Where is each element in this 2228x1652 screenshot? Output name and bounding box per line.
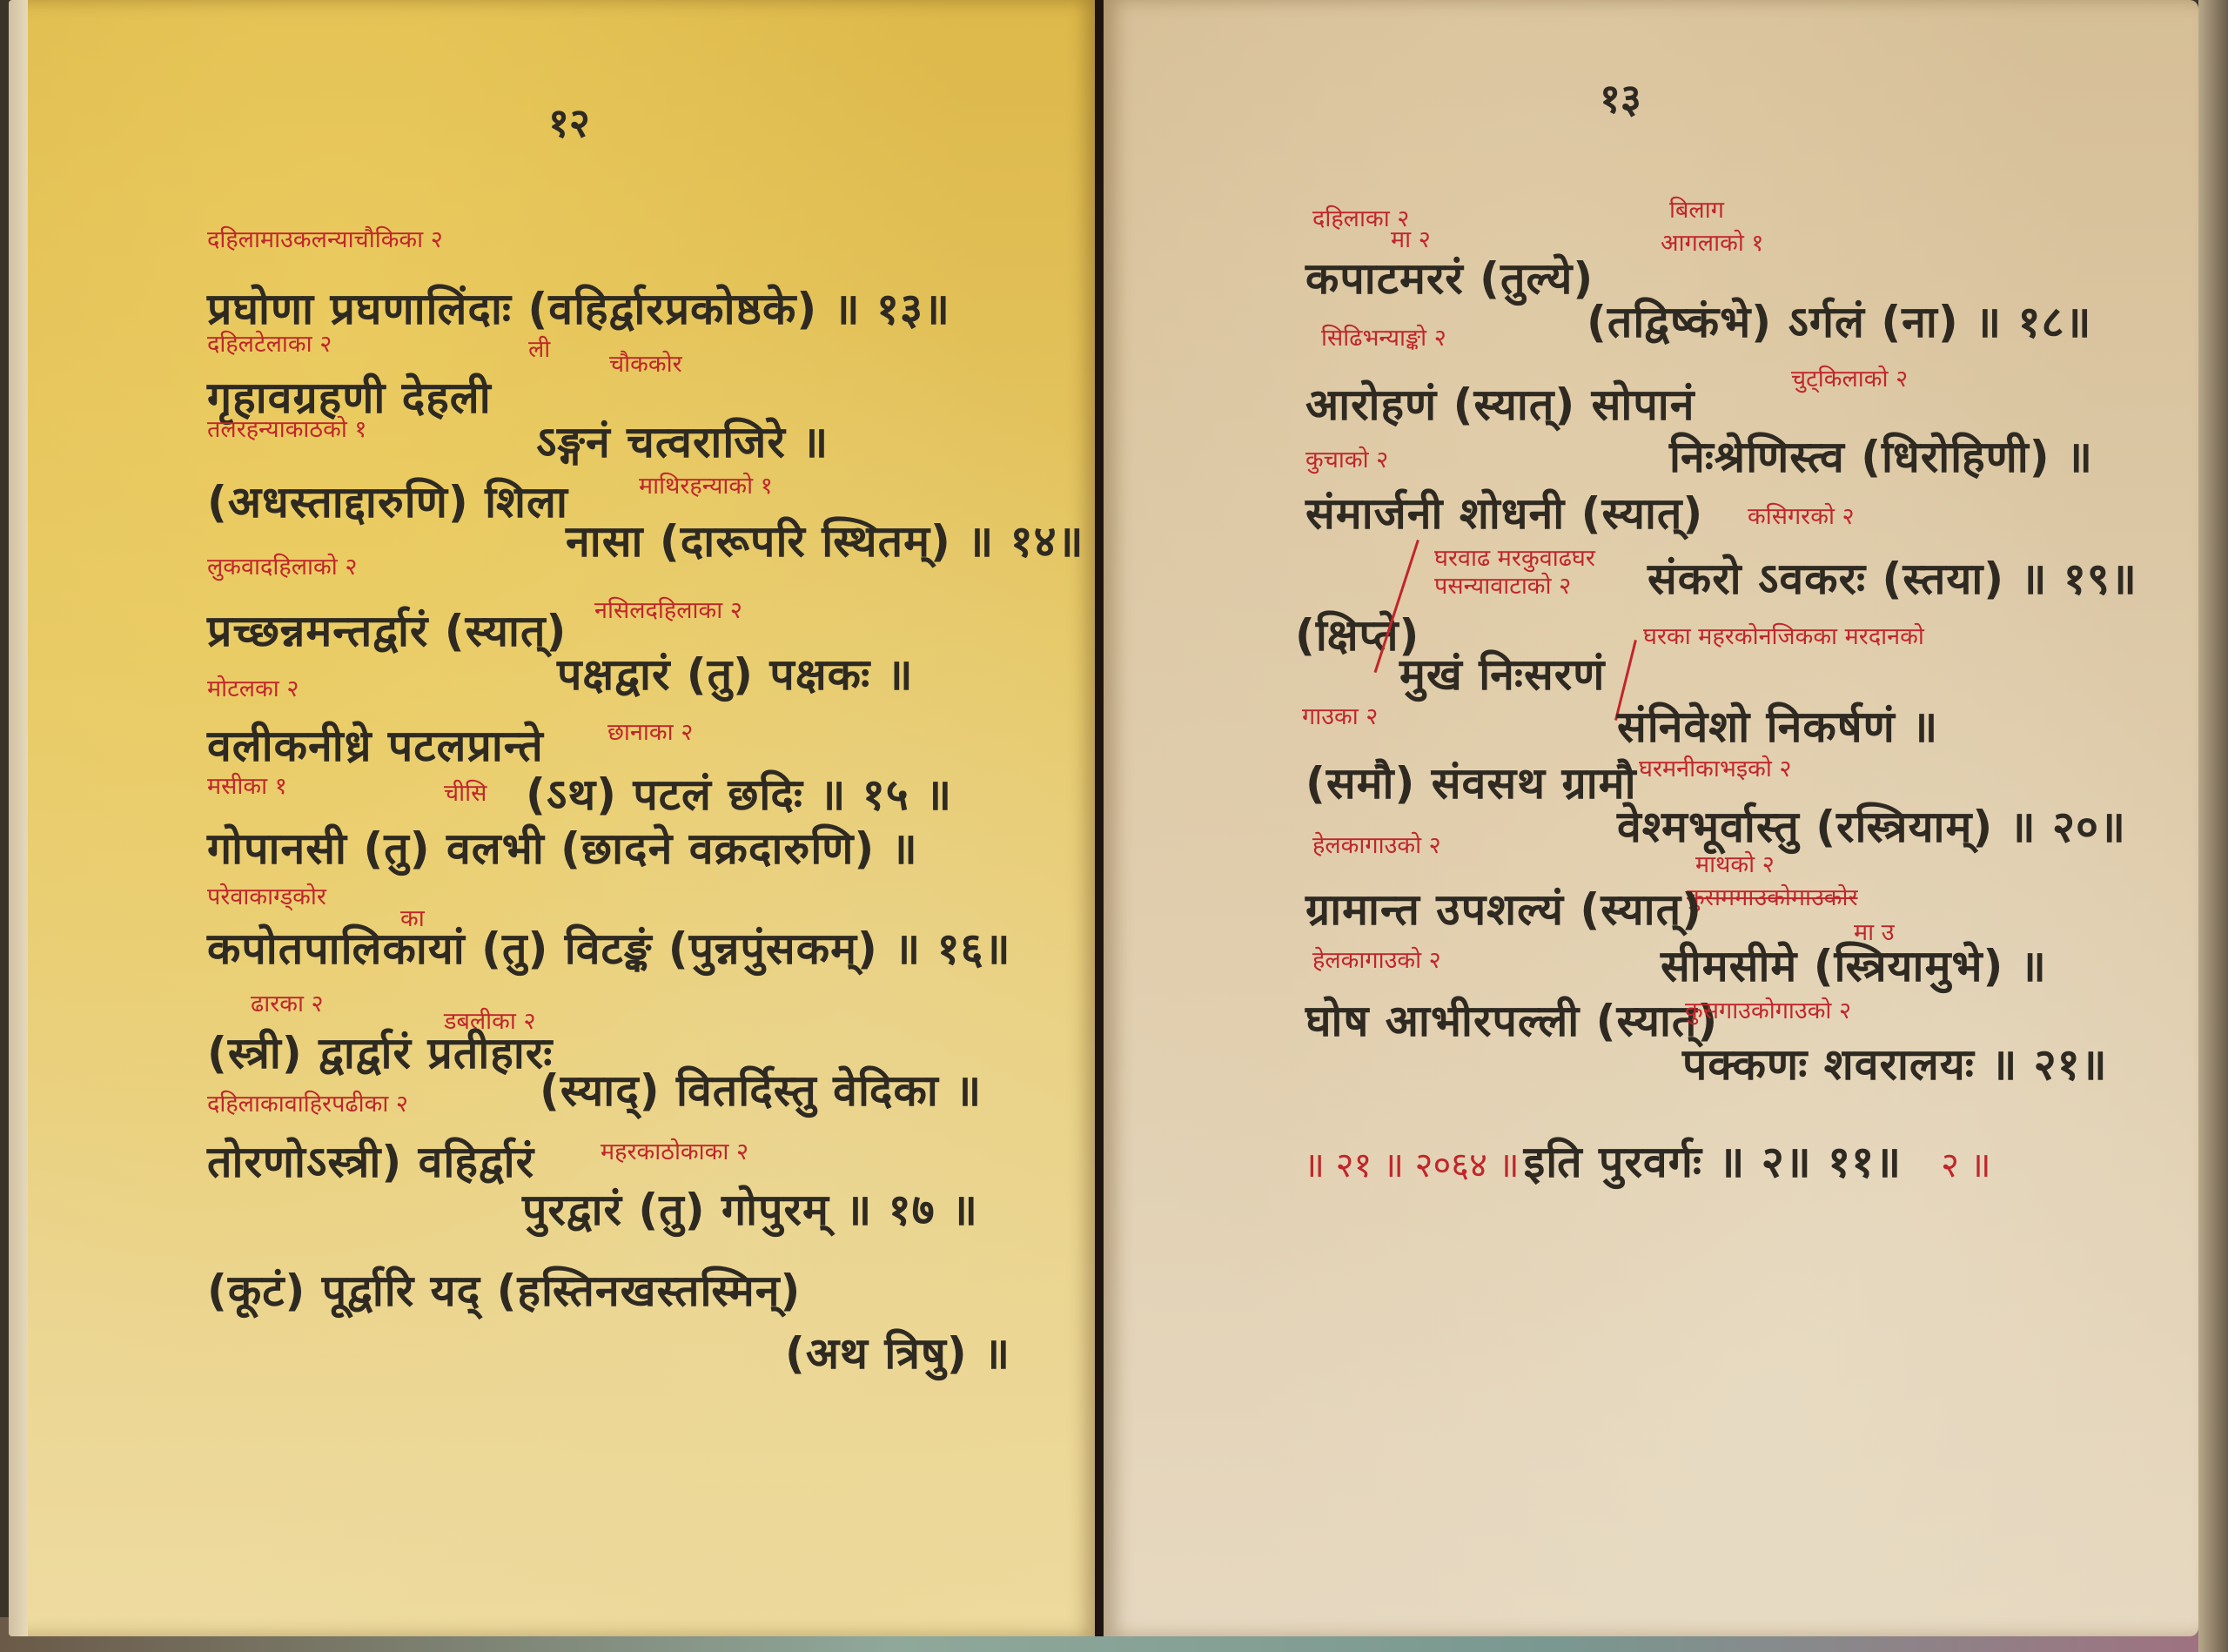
verse-line: (कूटं) पूर्द्वारि यद् (हस्तिनखस्तस्मिन्) xyxy=(207,1269,801,1313)
right-page: १३ दहिलाका २ मा २ बिलाग आगलाको १ कपाटमरर… xyxy=(1104,0,2198,1636)
gloss: माथिरहन्याको १ xyxy=(639,474,773,498)
gloss: हेलकागाउको २ xyxy=(1312,949,1441,972)
verse-line: सीमसीमे (स्त्रियामुभे) ॥ xyxy=(1661,944,2047,988)
verse-line: ग्रामान्त उपशल्यं (स्यात्) xyxy=(1305,888,1702,931)
gloss: मा २ xyxy=(1391,228,1431,252)
gloss: कुचाको २ xyxy=(1305,448,1388,472)
page-number: १२ xyxy=(548,103,590,143)
verse-line: (अथ त्रिषु) ॥ xyxy=(785,1332,1010,1375)
gloss: दहिलटेलाका २ xyxy=(207,332,332,356)
colophon-red-prefix: ॥ २१ ॥ २०६४ ॥ xyxy=(1304,1145,1520,1185)
verse-line: प्रच्छन्नमन्तर्द्वारं (स्यात्) xyxy=(207,609,567,653)
left-page-edge xyxy=(9,0,28,1636)
verse-line: पुरद्वारं (तु) गोपुरम् ॥ १७ ॥ xyxy=(522,1188,978,1232)
verse-line: (तद्विष्कंभे) ऽर्गलं (ना) ॥ १८॥ xyxy=(1587,300,2091,344)
verse-line: घोष आभीरपल्ली (स्यात्) xyxy=(1305,999,1718,1043)
gloss: बिलाग xyxy=(1669,198,1724,222)
verse-line: तोरणोऽस्त्री) वहिर्द्वारं xyxy=(207,1140,534,1184)
gloss-struck: कुसमगाउकोमाउकोर xyxy=(1687,886,1858,910)
gloss: परेवाकाग्ड्कोर xyxy=(207,885,326,909)
verse-line: गृहावग्रहणी देहली xyxy=(207,376,492,420)
verse-line: वलीकनीध्रे पटलप्रान्ते xyxy=(207,724,544,768)
gloss: चीसि xyxy=(444,782,487,805)
gloss: आगलाको १ xyxy=(1661,232,1763,255)
verse-line: नासा (दारूपरि स्थितम्) ॥ १४॥ xyxy=(566,520,1084,563)
gloss: ली xyxy=(528,338,550,361)
verse-line: निःश्रेणिस्त्व (धिरोहिणी) ॥ xyxy=(1669,435,2093,479)
gloss: घरवाढ मरकुवाढघर xyxy=(1434,547,1595,570)
gloss: दहिलाकावाहिरपढीका २ xyxy=(207,1092,408,1116)
gloss: लुकवादहिलाको २ xyxy=(207,555,357,579)
verse-line: (ऽथ) पटलं छदिः ॥ १५ ॥ xyxy=(526,773,952,816)
gloss: ढारका २ xyxy=(251,992,324,1016)
verse-line: संमार्जनी शोधनी (स्यात्) xyxy=(1305,492,1703,535)
verse-line: पक्कणः शवरालयः ॥ २१॥ xyxy=(1682,1043,2108,1086)
page-number: १३ xyxy=(1600,78,1641,118)
verse-line: प्रघोणा प्रघणालिंदाः (वहिर्द्वारप्रकोष्ठ… xyxy=(207,287,950,331)
gloss: घरमनीकाभइको २ xyxy=(1639,757,1791,781)
verse-line: (स्त्री) द्वार्द्वारं प्रतीहारः xyxy=(207,1031,553,1075)
verse-line: मुखं निःसरणं xyxy=(1399,653,1605,696)
gloss: कसिगरको २ xyxy=(1748,505,1855,528)
verse-line: ऽङ्गनं चत्वराजिरे ॥ xyxy=(536,420,829,464)
gloss: मोटलका २ xyxy=(207,677,299,701)
gloss: पसन्यावाटाको २ xyxy=(1434,574,1571,598)
right-page-edge xyxy=(2198,0,2228,1652)
verse-line: (अधस्ताद्दारुणि) शिला xyxy=(207,480,568,524)
verse-line: संकरो ऽवकरः (स्तया) ॥ १९॥ xyxy=(1648,557,2137,601)
gloss: नसिलदहिलाका २ xyxy=(594,599,742,622)
gloss: कुसगाउकोगाउको २ xyxy=(1685,999,1851,1023)
gloss: सिढिभन्याङ्को २ xyxy=(1321,326,1446,350)
colophon-title: इति पुरवर्गः ॥ २॥ ११॥ xyxy=(1524,1137,1902,1187)
gloss: तलरहन्याकाठको १ xyxy=(207,418,366,441)
gloss: चुट्किलाको २ xyxy=(1791,367,1908,391)
verse-line: संनिवेशो निकर्षणं ॥ xyxy=(1617,705,1938,749)
verse-line: (समौ) संवसथ ग्रामौ xyxy=(1305,762,1637,805)
verse-line: पक्षद्वारं (तु) पक्षकः ॥ xyxy=(557,653,914,696)
verse-line: (स्याद्) वितर्दिस्तु वेदिका ॥ xyxy=(540,1069,982,1112)
gloss: घरका महरकोनजिकका मरदानको xyxy=(1643,625,1924,648)
gloss: महरकाठोकाका २ xyxy=(601,1140,748,1164)
gloss: माथको २ xyxy=(1695,853,1775,876)
gloss: मसीका १ xyxy=(207,775,287,798)
gloss: गाउका २ xyxy=(1302,705,1378,729)
verse-line: कपाटमररं (तुल्ये) xyxy=(1305,257,1594,300)
gloss: हेलकागाउको २ xyxy=(1312,834,1441,857)
verse-line: वेश्मभूर्वास्तु (रस्त्रियाम्) ॥ २०॥ xyxy=(1617,805,2126,849)
verse-line: गोपानसी (तु) वलभी (छादने वक्रदारुणि) ॥ xyxy=(207,827,918,870)
colophon: ॥ २१ ॥ २०६४ ॥ इति पुरवर्गः ॥ २॥ ११॥ २ ॥ xyxy=(1304,1140,1991,1184)
gloss: छानाका २ xyxy=(607,721,693,744)
left-page: १२ दहिलामाउकलन्याचौकिका २ प्रघोणा प्रघणा… xyxy=(9,0,1097,1636)
verse-line: आरोहणं (स्यात्) सोपानं xyxy=(1305,383,1694,426)
gloss: दहिलामाउकलन्याचौकिका २ xyxy=(207,228,443,252)
verse-line: कपोतपालिकायां (तु) विटङ्कं (पुन्नपुंसकम्… xyxy=(207,927,1011,970)
colophon-red-suffix: २ ॥ xyxy=(1941,1145,1990,1185)
gloss: चौककोर xyxy=(609,353,682,376)
